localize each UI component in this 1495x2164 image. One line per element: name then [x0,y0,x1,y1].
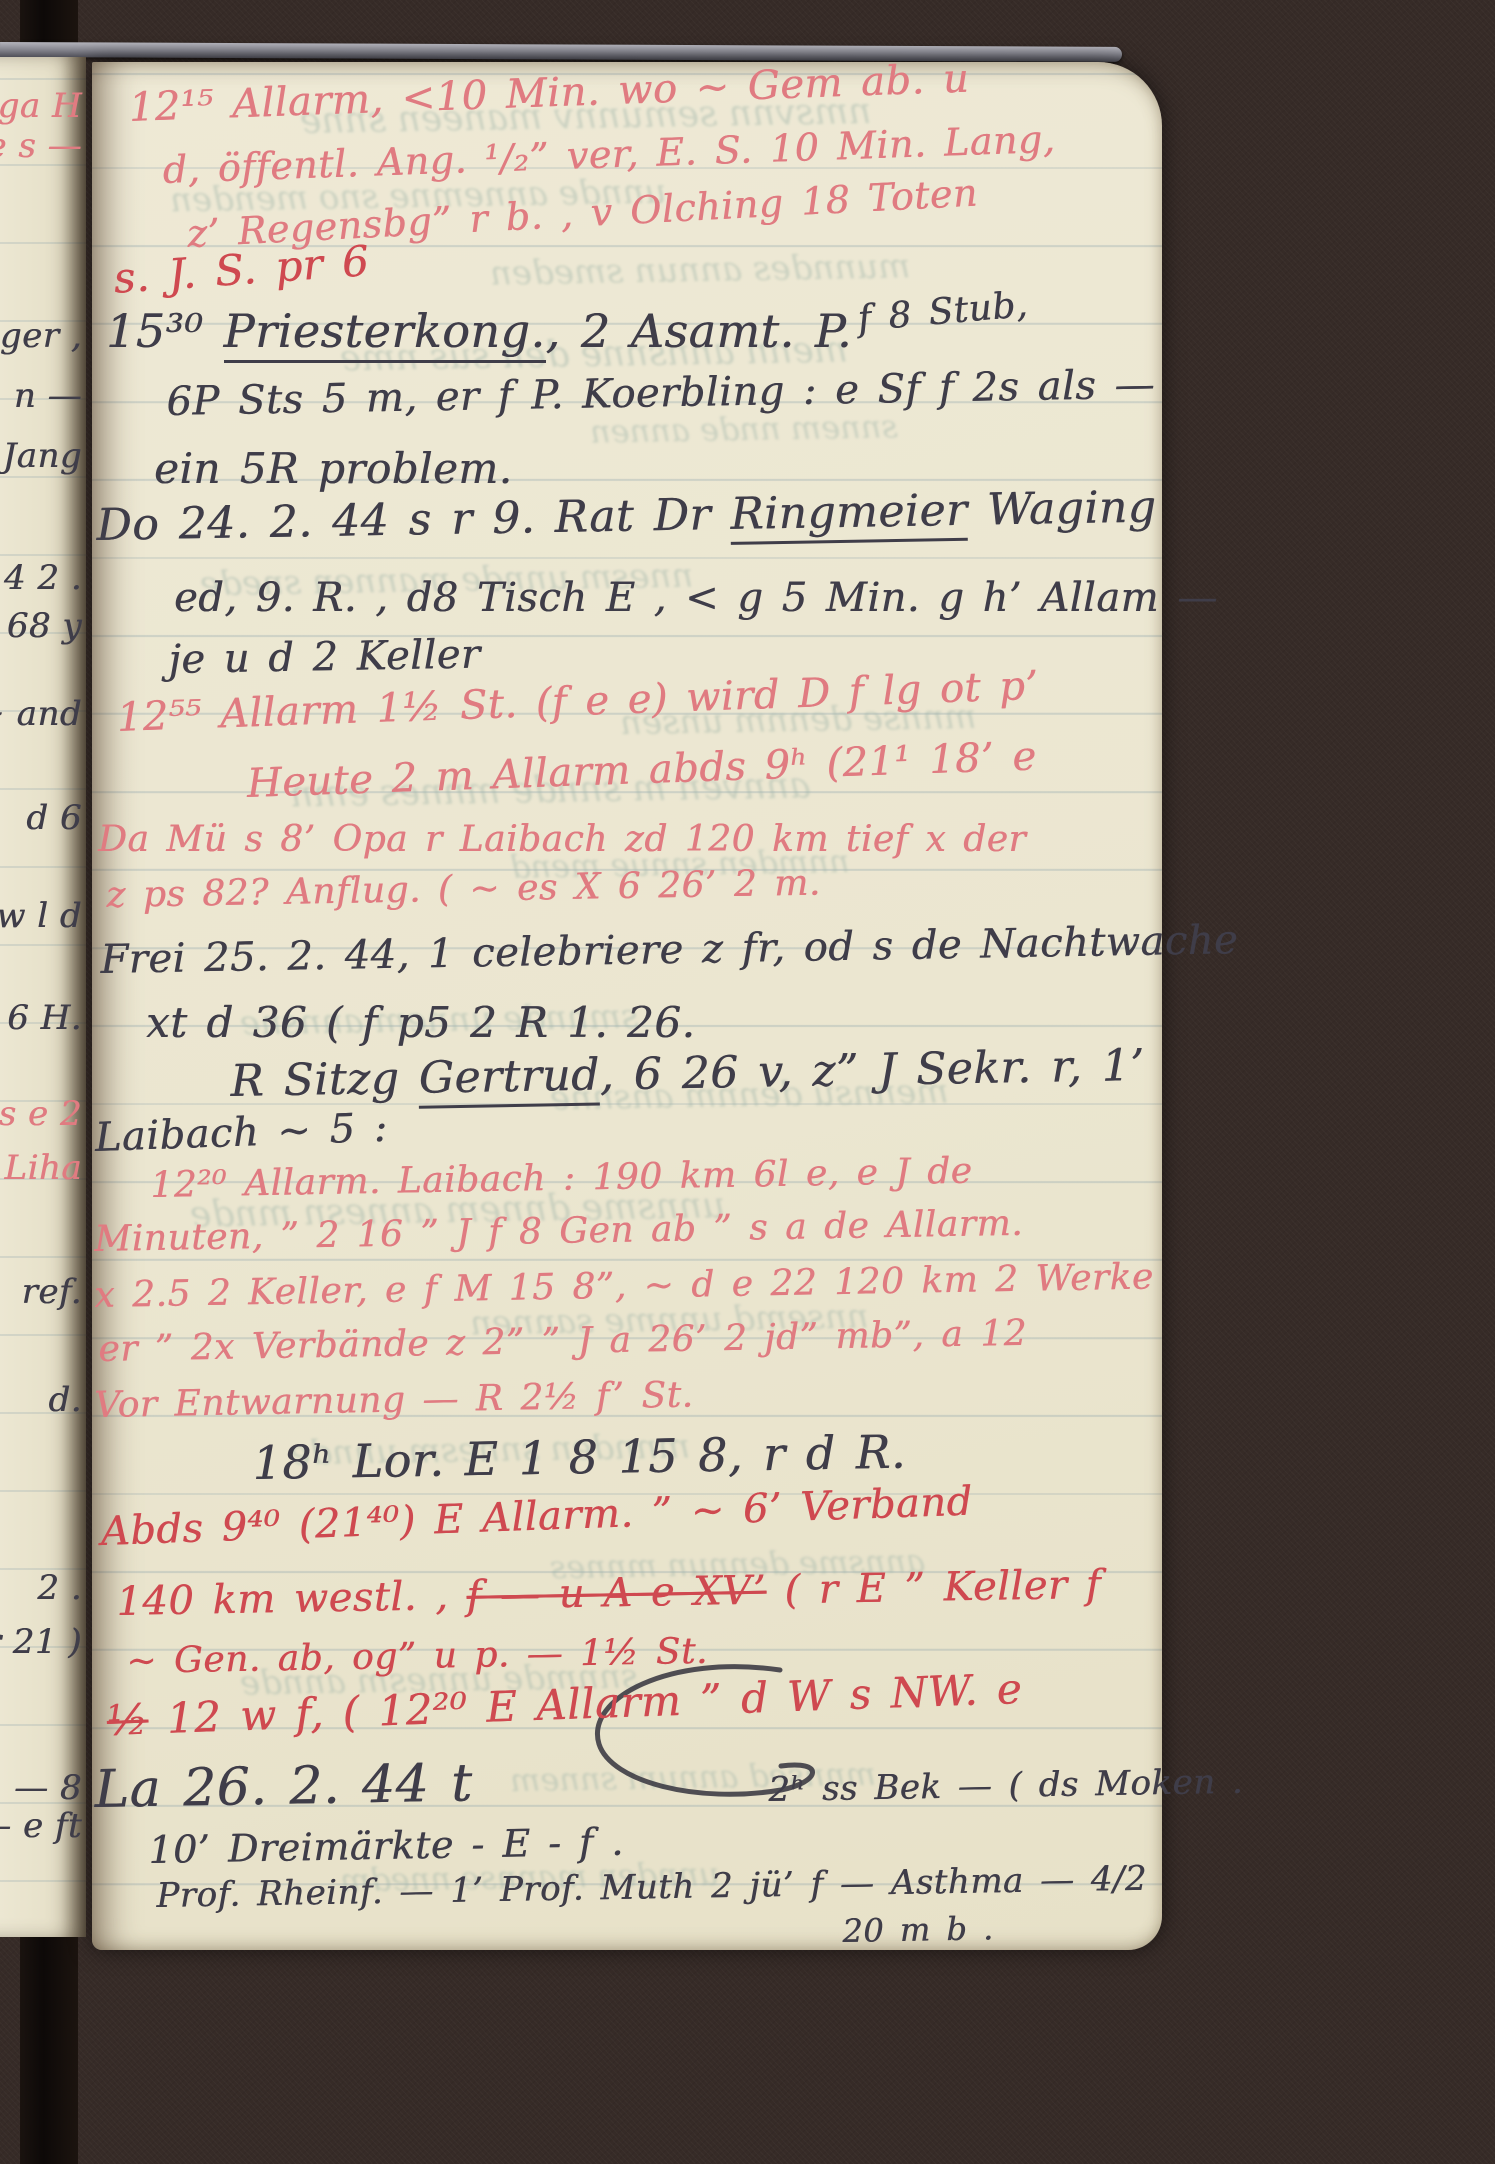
left-page-text-fragment: d. [48,1380,82,1420]
photographed-diary-page: nmsvnn semunnv maneen snneunnde annemne … [0,0,1495,2164]
left-page-text-fragment: ~ and [0,694,82,734]
left-page-clip: ga Hle s —nger ,n —Jang4 2 .r 68 y~ andd… [0,0,84,1940]
left-page-text-fragment: nger , [0,316,82,356]
left-page-text-fragment: w l d [0,896,82,936]
left-page-text-fragment: N Liha [0,1148,82,1188]
left-page-text-fragment: ref. [21,1272,82,1312]
left-page-text-fragment: r 6 H. [0,998,82,1038]
left-page-text-fragment: Jang [2,436,82,476]
left-page-text-fragment: 4 2 . [4,558,82,598]
left-page-text-fragment: ( r 21 ) [0,1622,82,1662]
left-page-text-fragment: s e 2 [0,1094,82,1134]
left-page-text-fragment: — 8 [14,1768,82,1808]
left-page-text-fragment: n — [14,376,82,416]
left-page-text-fragment: le s — [0,126,82,166]
left-page-text-fragment: r 68 y [0,606,82,646]
left-page-text-fragment: ga H [0,86,82,126]
left-page-text-fragment: d 6 [26,798,82,838]
left-page-fragments: ga Hle s —nger ,n —Jang4 2 .r 68 y~ andd… [0,0,1495,2164]
left-page-text-fragment: 2 . [37,1568,82,1608]
left-page-text-fragment: — e ft [0,1806,82,1846]
